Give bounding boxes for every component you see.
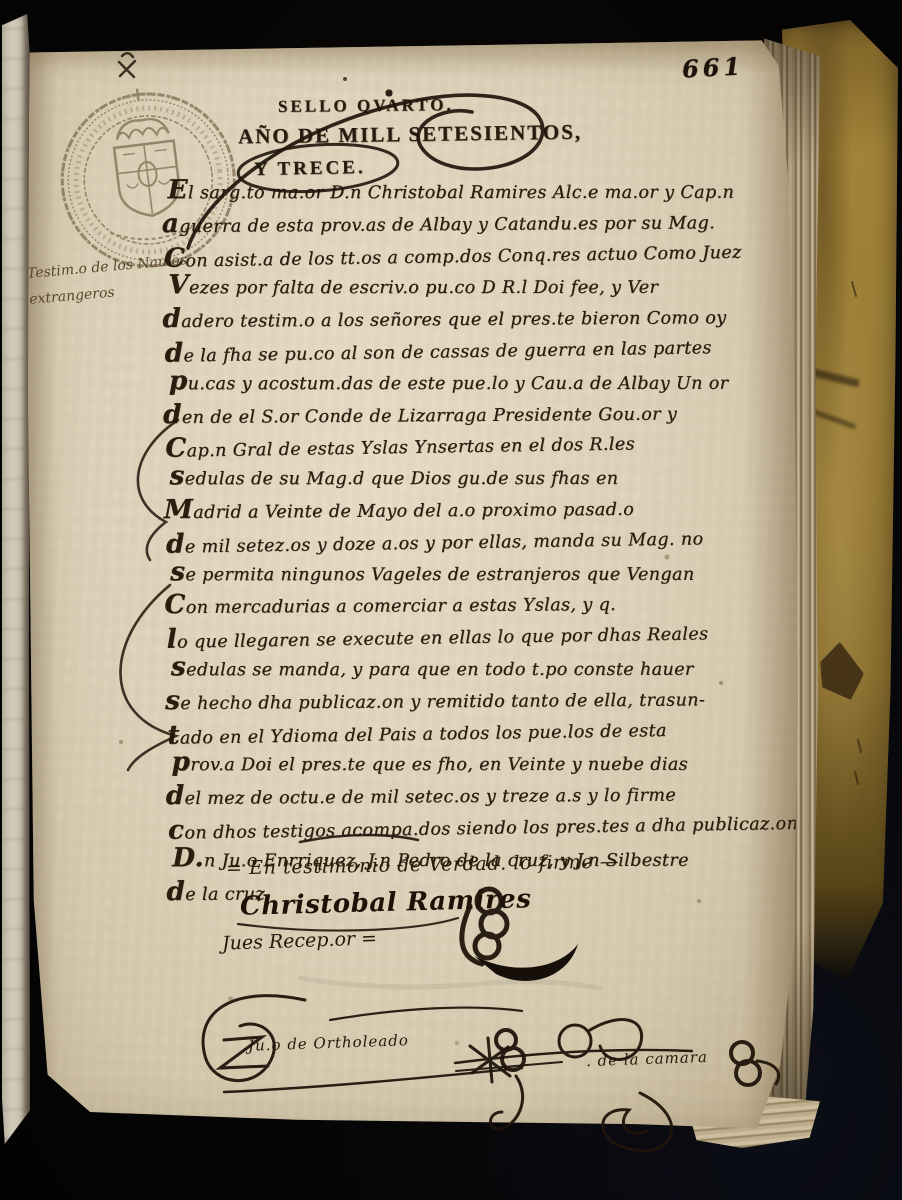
witness-signature-left: Ju.o de Ortholeado [248,1031,409,1055]
vellum-stain [820,642,864,700]
manuscript-line: se permita ningunos Vageles de estranjer… [170,557,782,589]
notary-signature: Christobal Ramires [240,884,532,922]
manuscript-body: El sarg.to ma.or D.n Christobal Ramires … [163,174,780,910]
ink-showthrough [2,14,30,1144]
manuscript-photo: 661 SELLO QVARTO. AÑO DE MILL SETESIENTO… [0,0,902,1200]
previous-page-edge [2,14,30,1144]
stamp-header-sello: SELLO QVARTO. [278,95,454,117]
stamp-header-year: AÑO DE MILL SETESIENTOS, [238,120,582,150]
manuscript-line: pu.cas y acostum.das de este pue.lo y Ca… [169,367,781,399]
folio-number: 661 [681,49,782,83]
manuscript-line: El sarg.to ma.or D.n Christobal Ramires … [168,176,780,208]
witness-signature-right: . de la camara [586,1048,708,1070]
manuscript-page: 661 SELLO QVARTO. AÑO DE MILL SETESIENTO… [26,36,798,1134]
notary-title: Jues Recep.or = [222,927,378,954]
manuscript-line: Vezes por falta de escriv.o pu.co D R.l … [168,271,780,303]
manuscript-line: sedulas se manda, y para que en todo t.p… [171,653,783,685]
manuscript-line: sedulas de su Mag.d que Dios gu.de sus f… [170,462,782,494]
manuscript-line: prov.a Doi el pres.te que es fho, en Vei… [172,748,784,780]
